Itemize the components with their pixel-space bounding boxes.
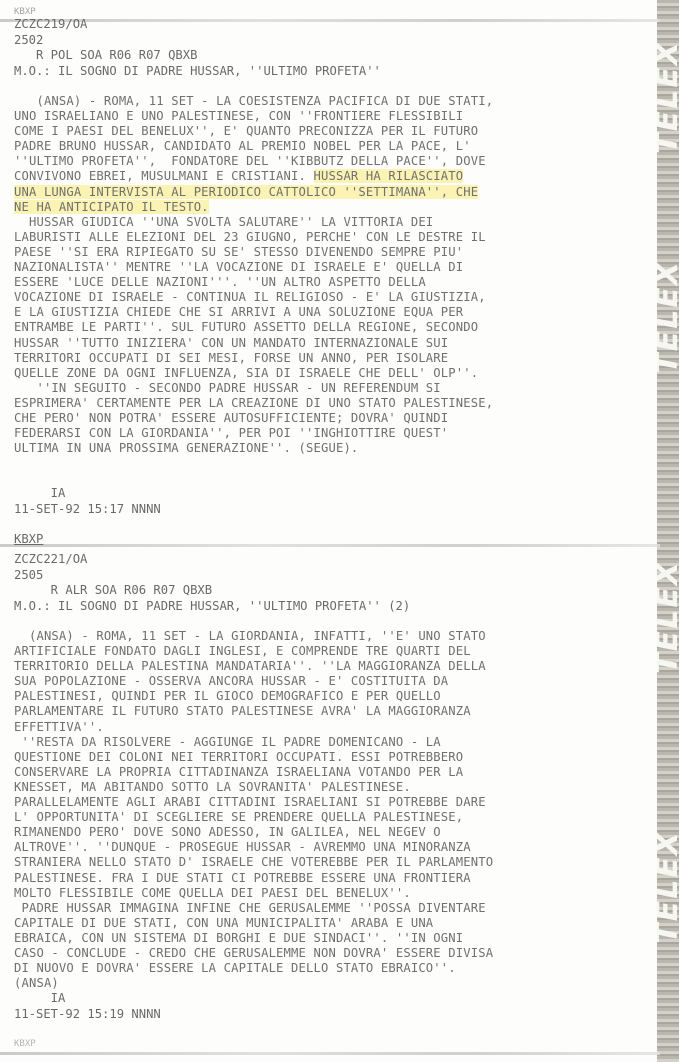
text-line: TERRITORI OCCUPATI DI SEI MESI, FORSE UN…: [14, 351, 654, 366]
text-line: SUA POPOLAZIONE - OSSERVA ANCORA HUSSAR …: [14, 674, 654, 689]
text-line: ARTIFICIALE FONDATO DAGLI INGLESI, E COM…: [14, 644, 654, 659]
message-title: M.O.: IL SOGNO DI PADRE HUSSAR, ''ULTIMO…: [14, 599, 654, 615]
text-line: (ANSA) - ROMA, 11 SET - LA COESISTENZA P…: [14, 94, 654, 109]
trailer-code: KBXP: [14, 1037, 654, 1053]
text-line: UNA LUNGA INTERVISTA AL PERIODICO CATTOL…: [14, 185, 654, 200]
text-line: UNO ISRAELIANO E UNO PALESTINESE, CON ''…: [14, 109, 654, 124]
text-line: COME I PAESI DEL BENELUX'', E' QUANTO PR…: [14, 124, 654, 139]
highlighted-text: UNA LUNGA INTERVISTA AL PERIODICO CATTOL…: [14, 185, 478, 199]
text-line: HUSSAR ''TUTTO INIZIERA' CON UN MANDATO …: [14, 336, 654, 351]
text-line: CASO - CONCLUDE - CREDO CHE GERUSALEMME …: [14, 946, 654, 961]
text-line: ALTROVE''. ''DUNQUE - PROSEGUE HUSSAR - …: [14, 840, 654, 855]
text-line: TERRITORIO DELLA PALESTINA MANDATARIA''.…: [14, 659, 654, 674]
text-span: CONVIVONO EBREI, MUSULMANI E CRISTIANI.: [14, 169, 314, 183]
text-line: NAZIONALISTA'' MENTRE ''LA VOCAZIONE DI …: [14, 260, 654, 275]
telex-side-strip: TELEX TELEX TELEX TELEX: [657, 0, 679, 1062]
text-line: EBRAICA, CON UN SISTEMA DI BORGHI E DUE …: [14, 931, 654, 946]
telex-side-label: TELEX: [657, 40, 679, 154]
text-line: CAPITALE DI DUE STATI, CON UNA MUNICIPAL…: [14, 916, 654, 931]
text-line: PARALLELAMENTE AGLI ARABI CITTADINI ISRA…: [14, 795, 654, 810]
timestamp: 11-SET-92 15:19 NNNN: [14, 1007, 654, 1023]
text-line: (ANSA): [14, 976, 654, 991]
text-line: ESPRIMERA' CERTAMENTE PER LA CREAZIONE D…: [14, 396, 654, 411]
paragraph-body: (ANSA) - ROMA, 11 SET - LA GIORDANIA, IN…: [14, 629, 654, 991]
text-line: KNESSET, MA ABITANDO SOTTO LA SOVRANITA'…: [14, 780, 654, 795]
text-line: FEDERARSI CON LA GIORDANIA'', PER POI ''…: [14, 426, 654, 441]
routing-line: R ALR SOA R06 R07 QBXB: [14, 583, 654, 599]
text-line: ''IN SEGUITO - SECONDO PADRE HUSSAR - UN…: [14, 381, 654, 396]
text-line: CHE PERO' NON POTRA' ESSERE AUTOSUFFICIE…: [14, 411, 654, 426]
paragraph-1: (ANSA) - ROMA, 11 SET - LA COESISTENZA P…: [14, 94, 654, 215]
text-line: NE HA ANTICIPATO IL TESTO.: [14, 200, 654, 215]
highlighted-text: NE HA ANTICIPATO IL TESTO.: [14, 200, 209, 214]
text-line: (ANSA) - ROMA, 11 SET - LA GIORDANIA, IN…: [14, 629, 654, 644]
operator-code: IA: [14, 991, 654, 1007]
text-line: PAESE ''SI ERA RIPIEGATO SU SE' STESSO D…: [14, 245, 654, 260]
text-line: CONVIVONO EBREI, MUSULMANI E CRISTIANI. …: [14, 169, 654, 184]
previous-trailer: KBXP: [14, 7, 654, 17]
telex-side-label: TELEX: [657, 560, 679, 674]
text-line: QUESTIONE DEI COLONI NEI TERRITORI OCCUP…: [14, 750, 654, 765]
text-line: STRANIERA NELLO STATO D' ISRAELE CHE VOT…: [14, 855, 654, 870]
text-line: VOCAZIONE DI ISRAELE - CONTINUA IL RELIG…: [14, 290, 654, 305]
text-line: QUELLE ZONE DA OGNI INFLUENZA, SIA DI IS…: [14, 366, 654, 381]
paragraph-2: HUSSAR GIUDICA ''UNA SVOLTA SALUTARE'' L…: [14, 215, 654, 457]
routing-line: R POL SOA R06 R07 QBXB: [14, 48, 654, 64]
text-line: RIMANENDO PERO' DOVE SONO ADESSO, IN GAL…: [14, 825, 654, 840]
text-line: PALESTINESE. FRA I DUE STATI CI POTREBBE…: [14, 871, 654, 886]
text-line: MOLTO FLESSIBILE COME QUELLA DEI PAESI D…: [14, 886, 654, 901]
highlighted-text: HUSSAR HA RILASCIATO: [314, 169, 464, 183]
operator-code: IA: [14, 486, 654, 502]
message-number: 2505: [14, 568, 654, 584]
text-line: ENTRAMBE LE PARTI''. SUL FUTURO ASSETTO …: [14, 320, 654, 335]
text-line: PALESTINESI, QUINDI PER IL GIOCO DEMOGRA…: [14, 689, 654, 704]
message-id: ZCZC219/OA: [14, 17, 654, 33]
text-line: L' OPPORTUNITA' DI SCEGLIERE SE PRENDERE…: [14, 810, 654, 825]
text-line: ''RESTA DA RISOLVERE - AGGIUNGE IL PADRE…: [14, 735, 654, 750]
text-line: ''ULTIMO PROFETA'', FONDATORE DEL ''KIBB…: [14, 154, 654, 169]
text-line: PADRE BRUNO HUSSAR, CANDIDATO AL PREMIO …: [14, 139, 654, 154]
text-line: E LA GIUSTIZIA CHIEDE CHE SI ARRIVI A UN…: [14, 305, 654, 320]
text-line: PARLAMENTARE IL FUTURO STATO PALESTINESE…: [14, 704, 654, 719]
trailer-code: KBXP: [14, 532, 654, 548]
telex-message-1: KBXP ZCZC219/OA 2502 R POL SOA R06 R07 Q…: [14, 7, 654, 548]
telex-side-label: TELEX: [657, 830, 679, 944]
timestamp: 11-SET-92 15:17 NNNN: [14, 502, 654, 518]
text-line: HUSSAR GIUDICA ''UNA SVOLTA SALUTARE'' L…: [14, 215, 654, 230]
text-line: ESSERE 'LUCE DELLE NAZIONI'''. ''UN ALTR…: [14, 275, 654, 290]
message-title: M.O.: IL SOGNO DI PADRE HUSSAR, ''ULTIMO…: [14, 64, 654, 80]
message-number: 2502: [14, 33, 654, 49]
text-line: DI NUOVO E DOVRA' ESSERE LA CAPITALE DEL…: [14, 961, 654, 976]
text-line: LABURISTI ALLE ELEZIONI DEL 23 GIUGNO, P…: [14, 230, 654, 245]
text-line: CONSERVARE LA PROPRIA CITTADINANZA ISRAE…: [14, 765, 654, 780]
telex-side-label: TELEX: [657, 260, 679, 374]
message-id: ZCZC221/OA: [14, 552, 654, 568]
telex-message-2: ZCZC221/OA 2505 R ALR SOA R06 R07 QBXB M…: [14, 552, 654, 1053]
text-line: EFFETTIVA''.: [14, 720, 654, 735]
text-line: PADRE HUSSAR IMMAGINA INFINE CHE GERUSAL…: [14, 901, 654, 916]
text-line: ULTIMA IN UNA PROSSIMA GENERAZIONE''. (S…: [14, 441, 654, 456]
